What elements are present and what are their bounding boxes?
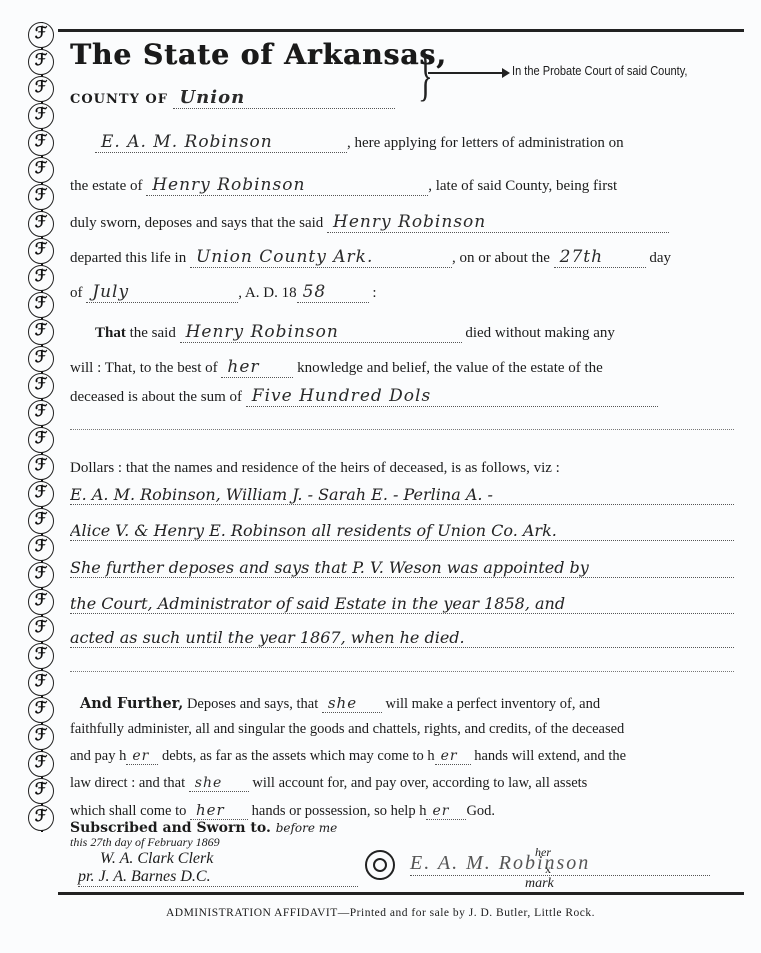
line-deceased: duly sworn, deposes and says that the sa… (70, 212, 669, 233)
ornament-icon: ℱ (28, 778, 54, 804)
text: hands will extend, and the (474, 748, 626, 764)
ornament-icon: ℱ (28, 535, 54, 561)
heirs-line: She further deposes and says that P. V. … (70, 558, 734, 578)
ornament-icon: ℱ (28, 211, 54, 237)
heirs-line: E. A. M. Robinson, William J. - Sarah E.… (70, 485, 734, 505)
ornament-icon: ℱ (28, 76, 54, 102)
text: knowledge and belief, the value of the e… (297, 360, 603, 376)
line-further-1: And Further, Deposes and says, that she … (80, 694, 600, 713)
text: died without making any (465, 325, 615, 341)
ornament-icon: ℱ (28, 373, 54, 399)
text: debts, as far as the assets which may co… (162, 748, 435, 764)
sworn-label: Subscribed and Sworn to. (70, 820, 271, 836)
ornament-icon: ℱ (28, 49, 54, 75)
arrow-icon (428, 72, 508, 74)
death-place-field: Union County Ark. (190, 247, 452, 268)
text: deceased is about the sum of (70, 389, 242, 405)
seal-swirl-icon (365, 850, 395, 880)
text: God. (466, 803, 495, 819)
pronoun-field: er (126, 748, 158, 765)
ornament-icon: ℱ (28, 616, 54, 642)
line-further-5: which shall come to her hands or possess… (70, 801, 495, 820)
ornament-icon: ℱ (28, 346, 54, 372)
text: which shall come to (70, 803, 186, 819)
line-death-date: of July, A. D. 1858 : (70, 282, 377, 303)
line-will: will : That, to the best of her knowledg… (70, 357, 603, 378)
estate-of-field: Henry Robinson (146, 175, 428, 196)
line-further-3: and pay her debts, as far as the assets … (70, 748, 626, 765)
text: hands or possession, so help h (252, 803, 427, 819)
estate-value-field: Five Hundred Dols (246, 386, 658, 407)
ornament-icon: ℱ (28, 562, 54, 588)
ornament-icon: ℱ (28, 805, 54, 831)
ornamental-border: ℱℱℱℱℱℱℱℱℱℱℱℱℱℱℱℱℱℱℱℱℱℱℱℱℱℱℱℱℱℱ (28, 22, 56, 832)
county-field: Union (173, 87, 395, 109)
text: : (372, 285, 376, 301)
text: , here applying for letters of administr… (347, 135, 624, 151)
ornament-icon: ℱ (28, 670, 54, 696)
further-label: And Further, (80, 695, 183, 712)
sworn-date: this 27th day of February 1869 (70, 835, 220, 850)
mark-x: x (545, 862, 551, 877)
sworn-hand: before me (276, 821, 338, 835)
heirs-line: acted as such until the year 1867, when … (70, 628, 734, 648)
text: will account for, and pay over, accordin… (252, 775, 587, 791)
text: departed this life in (70, 250, 186, 266)
ornament-icon: ℱ (28, 319, 54, 345)
ornament-icon: ℱ (28, 265, 54, 291)
death-day-field: 27th (554, 247, 646, 268)
line-applicant: E. A. M. Robinson, here applying for let… (95, 132, 624, 153)
line-further-2: faithfully administer, all and singular … (70, 721, 624, 738)
signer-signature: E. A. M. Robinson (410, 852, 710, 876)
applicant-field: E. A. M. Robinson (95, 132, 347, 153)
ornament-icon: ℱ (28, 400, 54, 426)
text: and pay h (70, 748, 126, 764)
text: will make a perfect inventory of, and (385, 696, 600, 712)
ornament-icon: ℱ (28, 184, 54, 210)
pronoun-field: she (189, 775, 249, 792)
top-rule (58, 29, 744, 32)
heirs-line: the Court, Administrator of said Estate … (70, 594, 734, 614)
text: day (649, 250, 671, 266)
bottom-rule (58, 892, 744, 895)
death-month-field: July (86, 282, 238, 303)
ornament-icon: ℱ (28, 130, 54, 156)
line-estate: the estate of Henry Robinson, late of sa… (70, 175, 617, 196)
line-further-4: law direct : and that she will account f… (70, 775, 587, 792)
ornament-icon: ℱ (28, 427, 54, 453)
ornament-icon: ℱ (28, 292, 54, 318)
text: the estate of (70, 178, 142, 194)
pronoun-field: she (322, 694, 382, 713)
text: the said (130, 325, 176, 341)
ornament-icon: ℱ (28, 751, 54, 777)
death-year-field: 58 (297, 282, 369, 303)
ornament-icon: ℱ (28, 454, 54, 480)
ornament-icon: ℱ (28, 22, 54, 48)
deceased-name-2-field: Henry Robinson (180, 322, 462, 343)
ornament-icon: ℱ (28, 643, 54, 669)
text: , late of said County, being first (428, 178, 617, 194)
ornament-icon: ℱ (28, 724, 54, 750)
text: Deposes and says, that (187, 696, 318, 712)
line-dollars: Dollars : that the names and residence o… (70, 460, 560, 477)
deputy-signature: pr. J. A. Barnes D.C. (78, 868, 358, 887)
ornament-icon: ℱ (28, 238, 54, 264)
pronoun-field: er (426, 803, 466, 820)
deceased-name-field: Henry Robinson (327, 212, 669, 233)
brace-icon: } (418, 48, 433, 104)
line-that: That the said Henry Robinson died withou… (95, 322, 615, 343)
court-heading: In the Probate Court of said County, (512, 63, 687, 78)
line-estate-value: deceased is about the sum of Five Hundre… (70, 386, 658, 407)
mark-above: her (535, 845, 551, 860)
heirs-line: Alice V. & Henry E. Robinson all residen… (70, 521, 734, 541)
ornament-icon: ℱ (28, 508, 54, 534)
footer-imprint: ADMINISTRATION AFFIDAVIT—Printed and for… (0, 907, 761, 919)
text: , A. D. 18 (238, 285, 296, 301)
pronoun-field: her (221, 357, 293, 378)
text: will : That, to the best of (70, 360, 218, 376)
that-label: That (95, 325, 126, 341)
county-label-text: COUNTY OF (70, 92, 168, 107)
mark-below: mark (525, 876, 554, 892)
text: law direct : and that (70, 775, 185, 791)
text: , on or about the (452, 250, 550, 266)
pronoun-field: her (190, 801, 248, 820)
county-label: COUNTY OF Union (70, 87, 395, 109)
ornament-icon: ℱ (28, 103, 54, 129)
ornament-icon: ℱ (28, 157, 54, 183)
blank-line (70, 670, 734, 672)
text: duly sworn, deposes and says that the sa… (70, 215, 323, 231)
sworn-line: Subscribed and Sworn to. before me (70, 820, 337, 836)
ornament-icon: ℱ (28, 589, 54, 615)
document-title: The State of Arkansas, (70, 38, 447, 71)
line-death-place: departed this life in Union County Ark.,… (70, 247, 671, 268)
ornament-icon: ℱ (28, 481, 54, 507)
ornament-icon: ℱ (28, 697, 54, 723)
pronoun-field: er (435, 748, 471, 765)
blank-line (70, 428, 734, 430)
text: of (70, 285, 83, 301)
clerk-signature: W. A. Clark Clerk (100, 850, 213, 868)
